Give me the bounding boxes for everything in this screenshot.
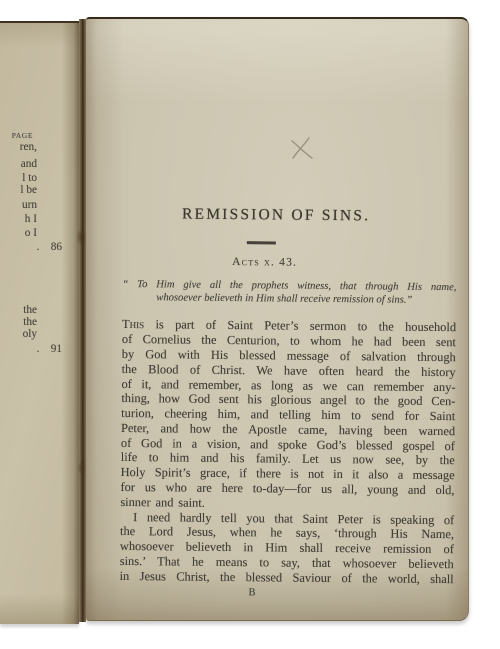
- toc-fragment: and: [21, 158, 37, 170]
- toc-fragment: ren,: [20, 141, 37, 153]
- scripture-quote: “ To Him give all the prophets witness, …: [122, 277, 456, 307]
- toc-fragment: the: [23, 316, 37, 328]
- title-rule: [246, 241, 275, 244]
- signature-mark: B: [85, 585, 419, 599]
- toc-fragment: oly: [23, 328, 37, 340]
- toc-fragment: o I: [25, 227, 37, 239]
- body-text: This is part of Saint Peter’s sermon to …: [120, 317, 457, 587]
- book-page: REMISSION OF SINS. Acts x. 43. “ To Him …: [86, 17, 469, 621]
- body-line: in Jesus Christ, the blessed Saviour of …: [120, 569, 454, 587]
- book-photograph: PAGE ren, and l to l be urn h I o I . 86…: [0, 0, 500, 649]
- toc-fragment: l be: [20, 184, 37, 196]
- toc-fragment: urn: [22, 199, 37, 211]
- toc-page-number: . 86: [37, 241, 62, 253]
- lead-word: This: [122, 317, 144, 331]
- toc-fragment: h I: [25, 213, 37, 225]
- toc-page-number: . 91: [37, 343, 62, 355]
- toc-fragment: the: [23, 304, 37, 316]
- toc-page-column-header: PAGE: [12, 131, 33, 140]
- page-title: REMISSION OF SINS.: [109, 205, 443, 226]
- page-text-column: REMISSION OF SINS. Acts x. 43. “ To Him …: [119, 19, 459, 600]
- left-page-edge: PAGE ren, and l to l be urn h I o I . 86…: [0, 21, 79, 624]
- toc-fragment: l to: [22, 172, 37, 184]
- quote-line: whosoever believeth in Him shall receive…: [117, 291, 451, 308]
- book-gutter: [79, 19, 86, 622]
- verse-reference: Acts x. 43.: [98, 254, 432, 269]
